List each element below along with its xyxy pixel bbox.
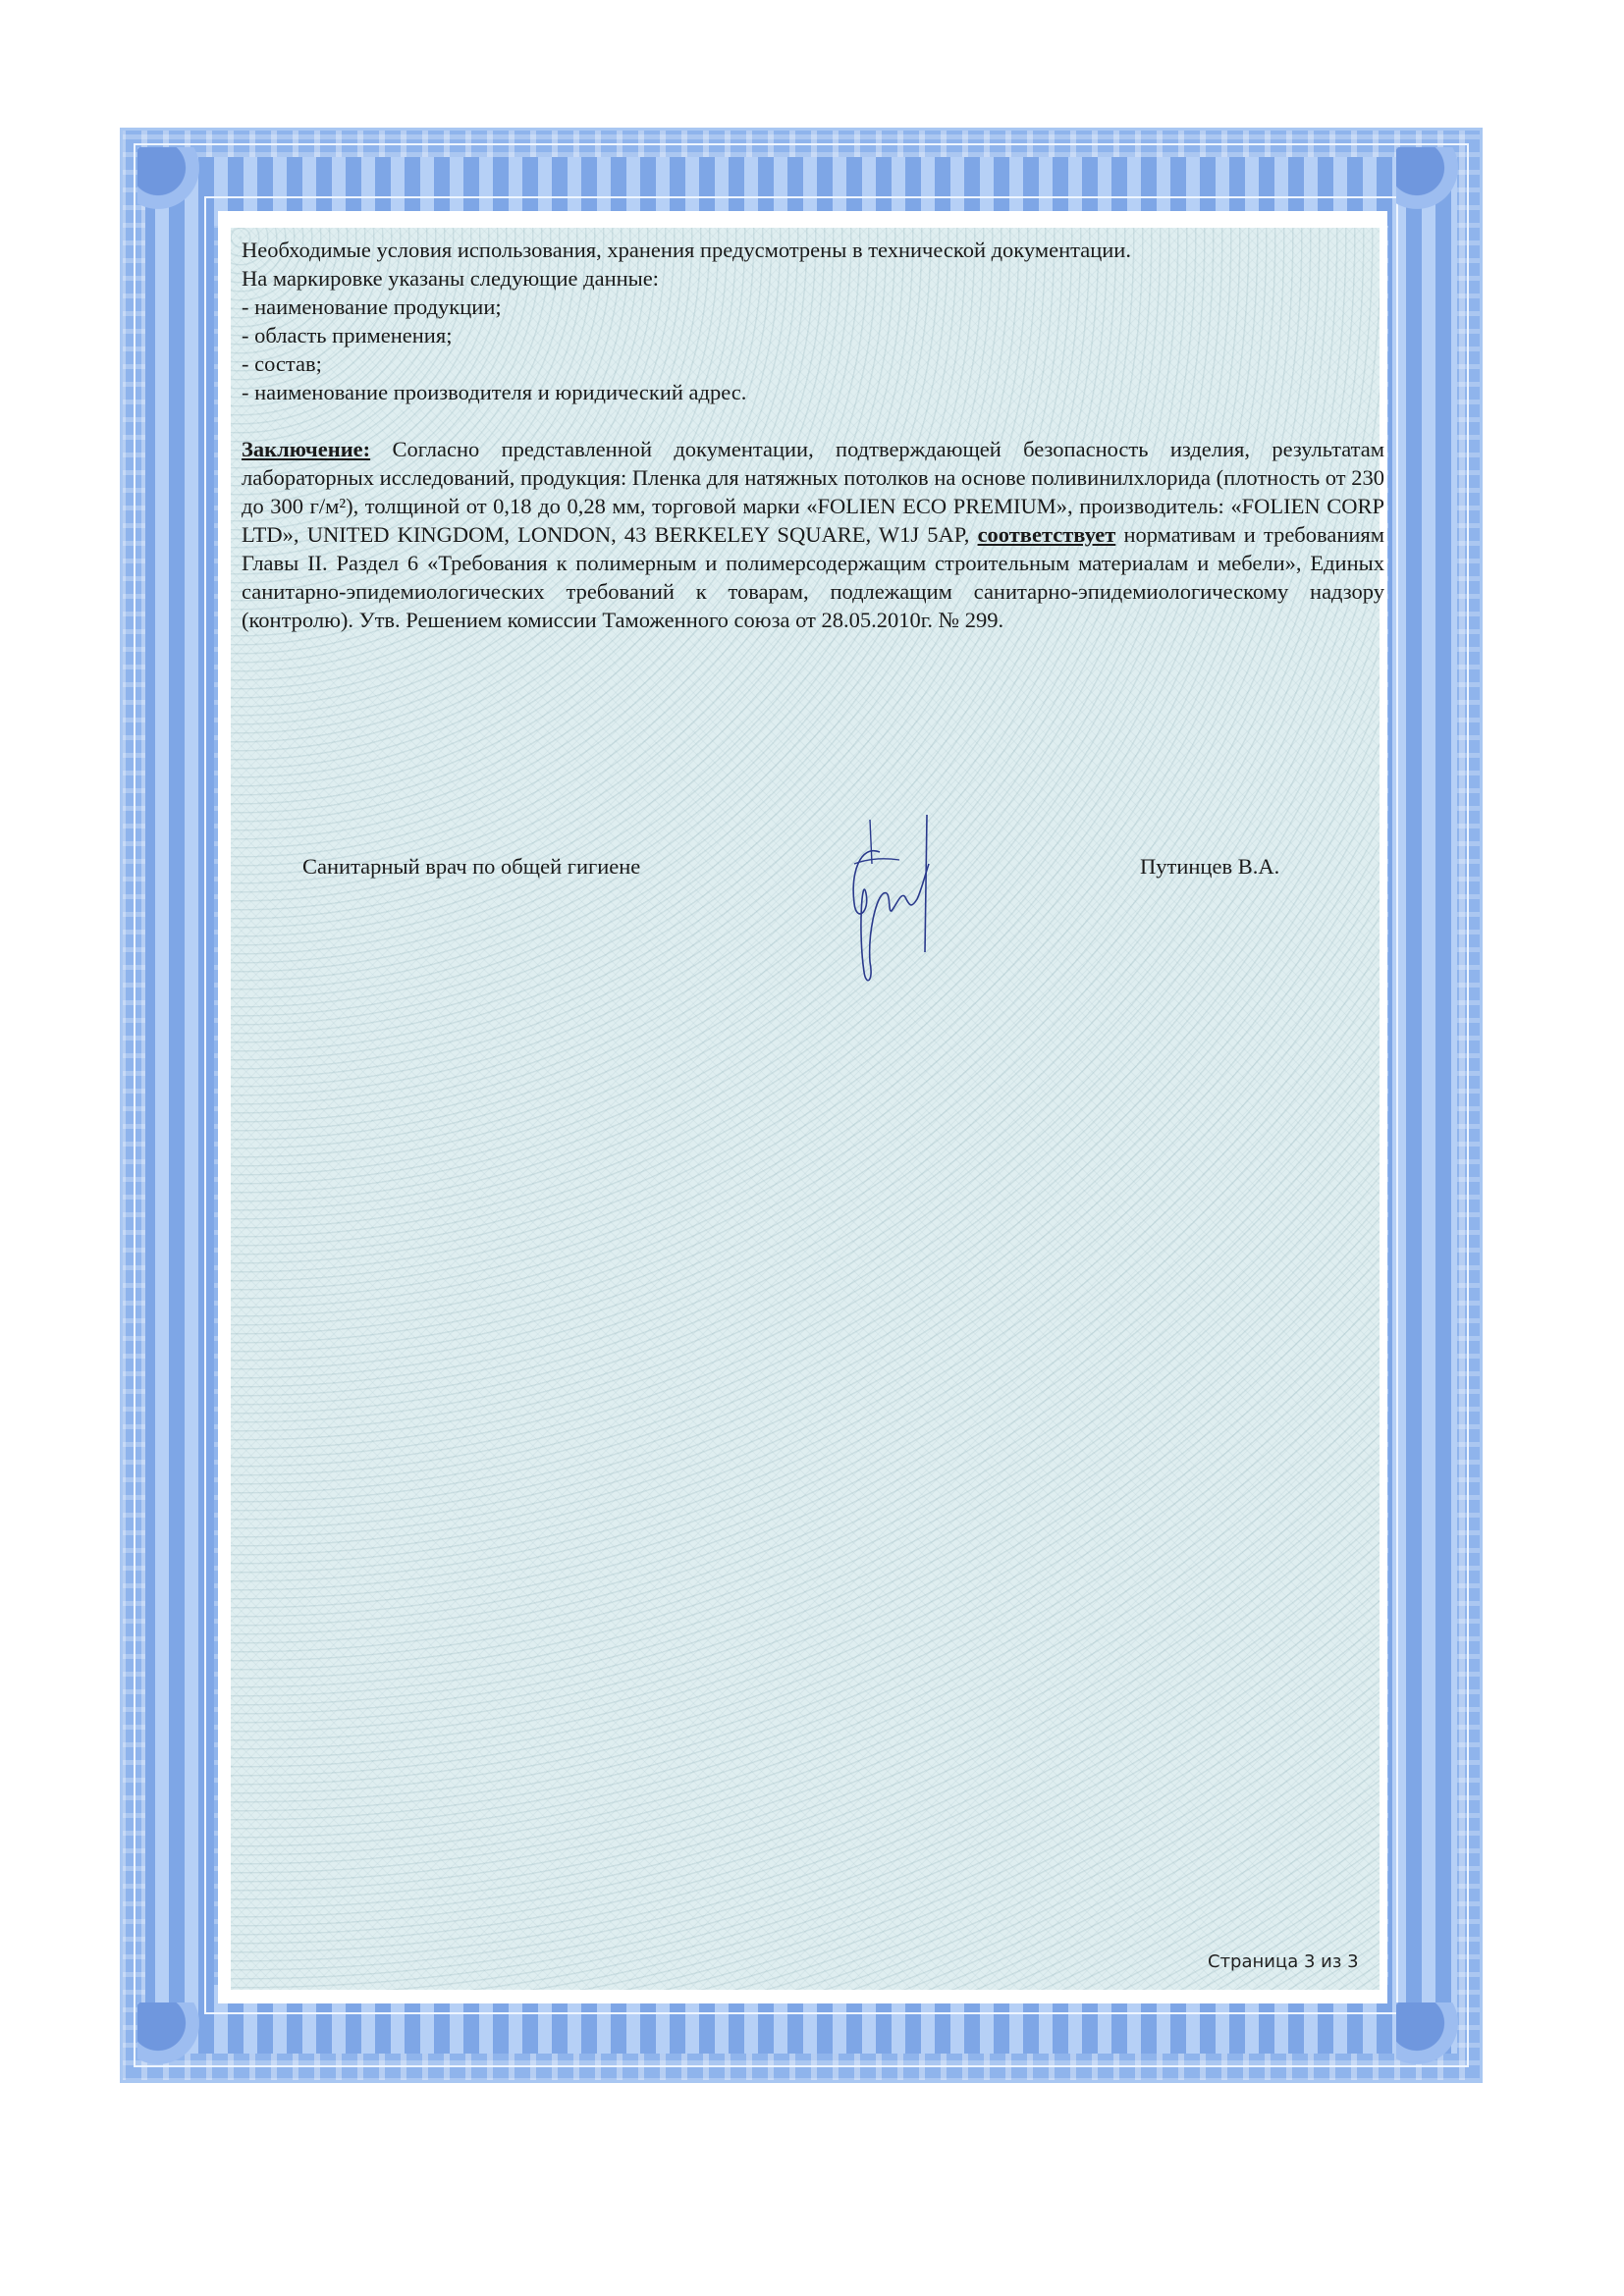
spacer <box>242 406 1384 435</box>
page-number: Страница 3 из 3 <box>1208 1951 1359 1972</box>
signatory-name: Путинцев В.А. <box>1140 854 1279 880</box>
conditions-paragraph: Необходимые условия использования, хране… <box>242 236 1384 264</box>
document-body: Необходимые условия использования, хране… <box>242 236 1384 634</box>
marking-item: - состав; <box>242 349 1384 378</box>
conclusion-emphasis: соответствует <box>978 522 1116 547</box>
corner-ornament-icon <box>137 2002 206 2071</box>
marking-item: - наименование продукции; <box>242 293 1384 321</box>
corner-ornament-icon <box>137 147 206 216</box>
marking-intro: На маркировке указаны следующие данные: <box>242 264 1384 293</box>
handwritten-signature-icon <box>840 815 948 1011</box>
corner-ornament-icon <box>1396 2002 1465 2071</box>
marking-item: - область применения; <box>242 321 1384 349</box>
corner-ornament-icon <box>1396 147 1465 216</box>
marking-item: - наименование производителя и юридическ… <box>242 378 1384 406</box>
signature-block: Санитарный врач по общей гигиене Путинце… <box>242 854 1384 1031</box>
conclusion-paragraph: Заключение: Согласно представленной доку… <box>242 435 1384 634</box>
conclusion-label: Заключение: <box>242 437 370 461</box>
signatory-role: Санитарный врач по общей гигиене <box>302 854 640 880</box>
